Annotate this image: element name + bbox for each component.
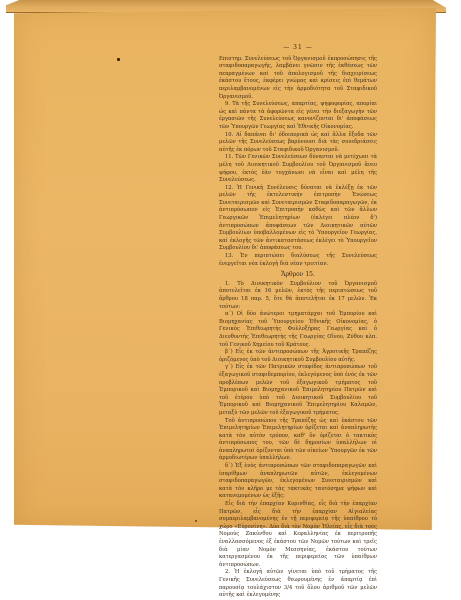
paragraph: 9. Τὰ τῆς Συνελεύσεως, απαρτίας, ψηφοφορ… [219, 101, 377, 131]
article-heading: Ἄρθρον 15. [219, 271, 377, 279]
paper-blemish [195, 520, 197, 522]
paragraph: α΄) Οἱ δύο ἀνώτεροι τμηματάρχαι τοῦ Ἐμπο… [219, 311, 377, 349]
paragraph: γ΄) Εἷς ἐκ τῶν Πατρικῶν σταφίδος ἀντιπρο… [219, 364, 377, 417]
paragraph: Επιστημ. Συνελεύσεως τοῦ Ὀργανισμοῦ ἐκπρ… [219, 56, 377, 102]
paragraph: 11. Τῶν Γενικῶν Συνελεύσεων δύνανται νὰ … [219, 154, 377, 184]
text-column: — 31 — Επιστημ. Συνελεύσεως τοῦ Ὀργανισμ… [219, 44, 377, 600]
paragraph: 2. Ἡ ἐκλογὴ αὐτῶν γίνεται ὑπὸ τοῦ τμήματ… [219, 569, 377, 599]
page-number: — 31 — [219, 44, 377, 52]
paragraph: Τοῦ ἀντιπροσώπου τῆς Τραπέζης ὡς καὶ ἑκά… [219, 418, 377, 464]
paragraph: 13. Ἐν περιπτώσει διαλύσεως τῆς Συνελεύσ… [219, 253, 377, 268]
paragraph: 1. Τὸ Διοικητικὸν Συμβούλιον τοῦ Ὀργανισ… [219, 281, 377, 311]
paragraph: 10. Αἱ δαπάναι δι' ὁδοιπορικὰ ὡς καὶ ἄλλ… [219, 132, 377, 155]
paragraph: β΄) Εἷς ἐκ τῶν ἀντιπροσώπων τῆς Ἀγροτικῆ… [219, 349, 377, 364]
paragraph: Εἷς διὰ τὴν ἐπαρχίαν Κορινθίας, εἷς διὰ … [219, 501, 377, 569]
ink-speck [117, 58, 120, 61]
paragraph: 12. Ἡ Γενικὴ Συνέλευσις δύναται νὰ ἐκλέξ… [219, 185, 377, 253]
paragraph: δ΄) Ἐξ ἑνὸς ἀντιπροσώπων τῶν σταφιδοπαρα… [219, 463, 377, 501]
